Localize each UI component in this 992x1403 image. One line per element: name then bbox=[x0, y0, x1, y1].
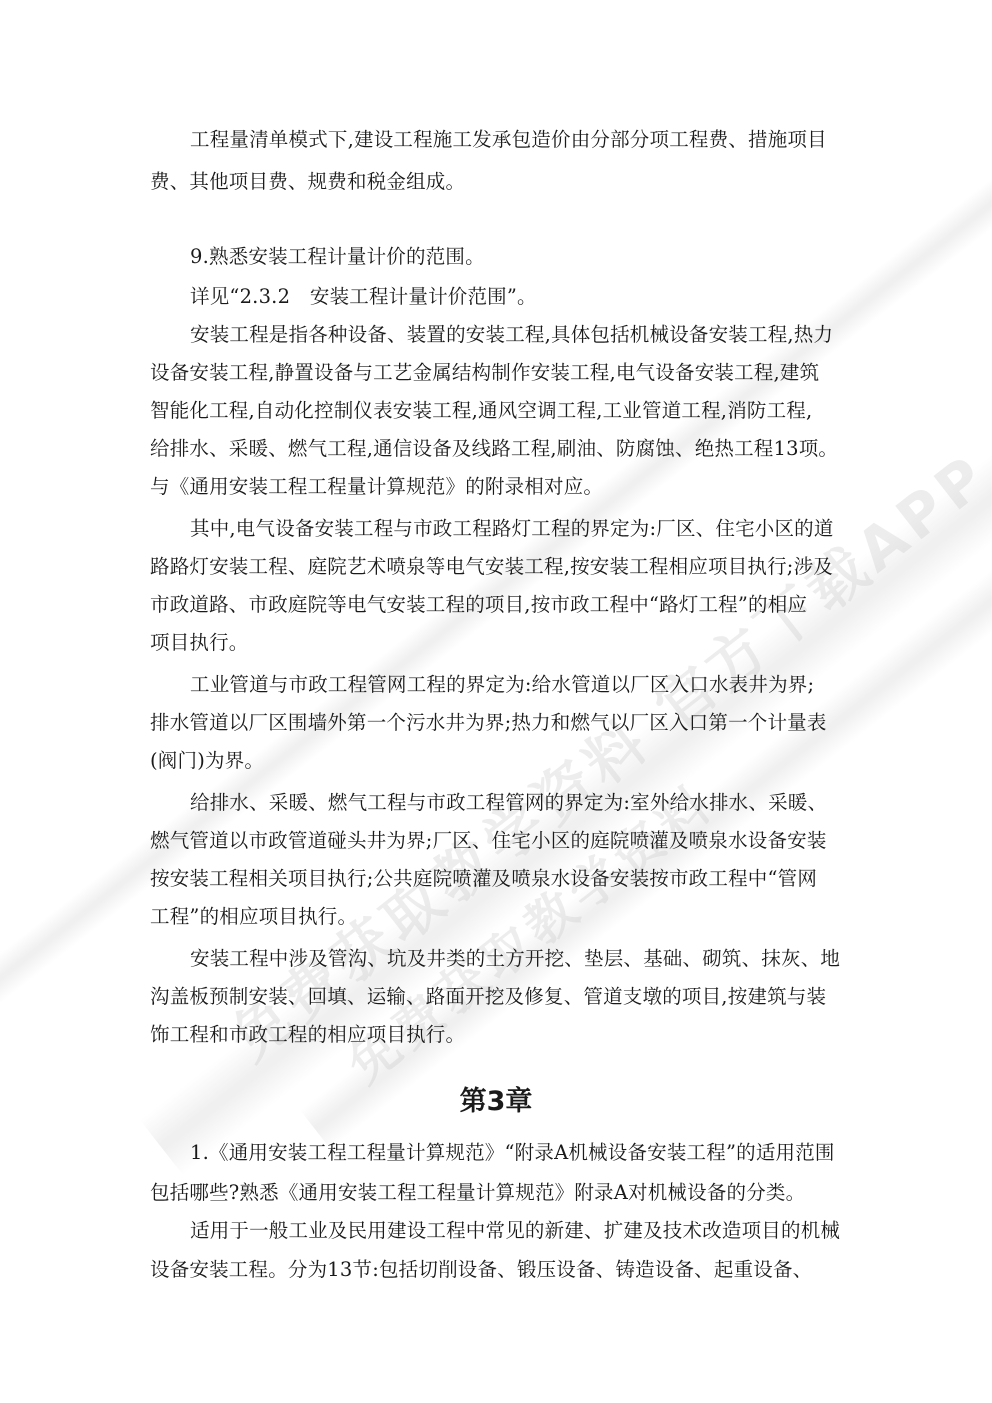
text-line: 给排水、采暖、燃气工程与市政工程管网的界定为:室外给水排水、采暖、 bbox=[190, 791, 827, 815]
text-line: 市政道路、市政庭院等电气安装工程的项目,按市政工程中“路灯工程”的相应 bbox=[150, 593, 807, 617]
text-line: (阀门)为界。 bbox=[150, 749, 264, 773]
question-heading: 包括哪些?熟悉《通用安装工程工程量计算规范》附录A对机械设备的分类。 bbox=[150, 1181, 805, 1205]
text-line: 按安装工程相关项目执行;公共庭院喷灌及喷泉水设备安装按市政工程中“管网 bbox=[150, 867, 817, 891]
text-line: 与《通用安装工程工程量计算规范》的附录相对应。 bbox=[150, 475, 603, 499]
text-line: 工程量清单模式下,建设工程施工发承包造价由分部分项工程费、措施项目 bbox=[190, 128, 827, 152]
text-line: 排水管道以厂区围墙外第一个污水井为界;热力和燃气以厂区入口第一个计量表 bbox=[150, 711, 827, 735]
text-line: 安装工程中涉及管沟、坑及井类的土方开挖、垫层、基础、砌筑、抹灰、地 bbox=[190, 947, 840, 971]
text-line: 安装工程是指各种设备、装置的安装工程,具体包括机械设备安装工程,热力 bbox=[190, 323, 833, 347]
text-line: 详见“2.3.2 安装工程计量计价范围”。 bbox=[190, 285, 537, 309]
text-line: 智能化工程,自动化控制仪表安装工程,通风空调工程,工业管道工程,消防工程, bbox=[150, 399, 812, 423]
text-line: 沟盖板预制安装、回填、运输、路面开挖及修复、管道支墩的项目,按建筑与装 bbox=[150, 985, 826, 1009]
text-line: 适用于一般工业及民用建设工程中常见的新建、扩建及技术改造项目的机械 bbox=[190, 1219, 840, 1243]
document-page: 免费获取教学资料 官方下载APP 免费获取教学资料 工程量清单模式下,建设工程施… bbox=[0, 0, 992, 1403]
text-line: 项目执行。 bbox=[150, 631, 249, 655]
text-line: 工程”的相应项目执行。 bbox=[150, 905, 357, 929]
text-line: 给排水、采暖、燃气工程,通信设备及线路工程,刷油、防腐蚀、绝热工程13项。 bbox=[150, 437, 838, 461]
question-heading: 9.熟悉安装工程计量计价的范围。 bbox=[190, 245, 485, 269]
chapter-title: 第3章 bbox=[150, 1086, 842, 1118]
text-line: 燃气管道以市政管道碰头井为界;厂区、住宅小区的庭院喷灌及喷泉水设备安装 bbox=[150, 829, 827, 853]
text-line: 其中,电气设备安装工程与市政工程路灯工程的界定为:厂区、住宅小区的道 bbox=[190, 517, 834, 541]
text-line: 费、其他项目费、规费和税金组成。 bbox=[150, 170, 465, 194]
text-line: 设备安装工程,静置设备与工艺金属结构制作安装工程,电气设备安装工程,建筑 bbox=[150, 361, 819, 385]
text-line: 设备安装工程。分为13节:包括切削设备、锻压设备、铸造设备、起重设备、 bbox=[150, 1258, 812, 1282]
text-line: 饰工程和市政工程的相应项目执行。 bbox=[150, 1023, 465, 1047]
text-line: 工业管道与市政工程管网工程的界定为:给水管道以厂区入口水表井为界; bbox=[190, 673, 814, 697]
question-heading: 1.《通用安装工程工程量计算规范》“附录A机械设备安装工程”的适用范围 bbox=[190, 1141, 835, 1165]
text-line: 路路灯安装工程、庭院艺术喷泉等电气安装工程,按安装工程相应项目执行;涉及 bbox=[150, 555, 833, 579]
watermark-band bbox=[0, 138, 992, 1031]
